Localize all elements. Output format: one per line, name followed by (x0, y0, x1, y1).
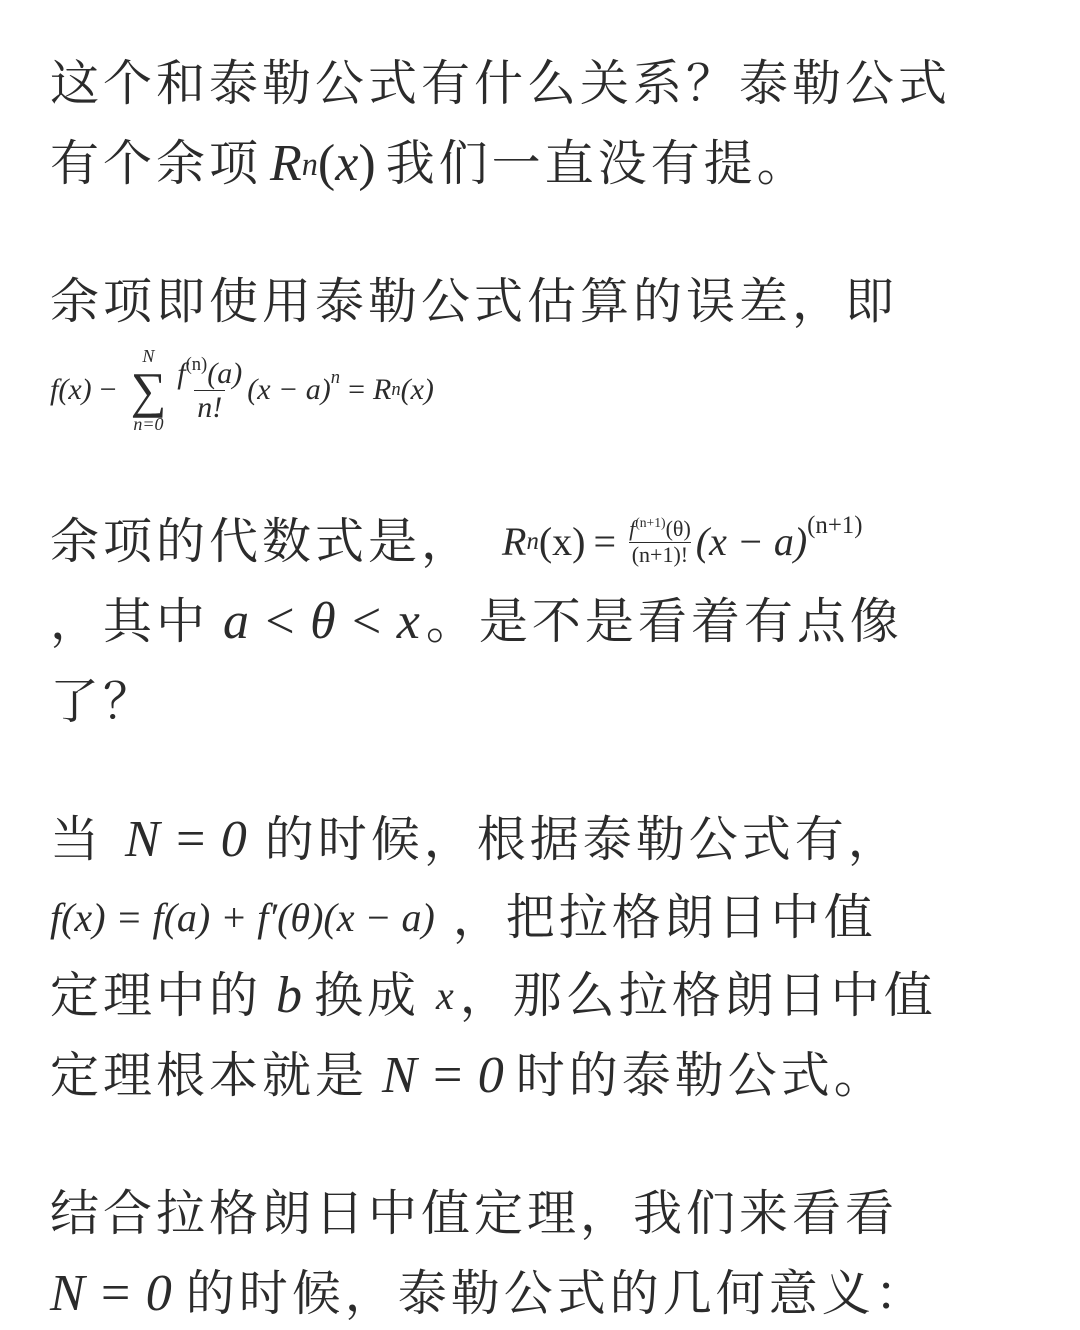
power-base: (x − a) (247, 373, 331, 407)
paragraph-1-line-2: 有个余项 Rn(x) 我们一直没有提。 (50, 134, 810, 194)
paragraph-4-line-2: f(x) = f(a) + f′(θ)(x − a) ，把拉格朗日中值 (50, 888, 877, 948)
formula-lhs: f(x) (50, 373, 92, 407)
paragraph-4-line-3: 定理中的 b 换成 x ，那么拉格朗日中值 (50, 966, 937, 1026)
text: 的时候，泰勒公式的几何意义： (186, 1264, 928, 1324)
text: 结合拉格朗日中值定理，我们来看看 (50, 1184, 898, 1244)
variable-x: x (436, 966, 454, 1026)
paragraph-5-line-1: 结合拉格朗日中值定理，我们来看看 (50, 1184, 898, 1244)
R-subscript: n (526, 512, 538, 572)
sigma-symbol: ∑ (131, 366, 167, 414)
remainder-term-inline: Rn(x) (270, 134, 376, 194)
f: f (177, 357, 185, 390)
summation: N ∑ n=0 (131, 346, 167, 434)
R-arg: (x) (539, 512, 586, 572)
power-base: (x − a) (696, 512, 807, 572)
paragraph-1-line-1: 这个和泰勒公式有什么关系？泰勒公式 (50, 54, 951, 114)
remainder-formula-inline: Rn(x) = f(n+1)(θ) (n+1)! (x − a)(n+1) (502, 512, 862, 572)
theta-arg: (θ) (666, 516, 691, 541)
variable-b: b (276, 966, 302, 1026)
text: 当 (50, 810, 103, 870)
inequality-inline: a < θ < x (223, 592, 420, 652)
fraction-numerator: f(n+1)(θ) (626, 517, 694, 541)
text: 时的泰勒公式。 (516, 1046, 887, 1106)
derivative-order: (n+1) (635, 515, 665, 530)
paragraph-4-line-4: 定理根本就是 N = 0 时的泰勒公式。 (50, 1046, 887, 1106)
n-equals-zero: N = 0 (50, 1264, 172, 1324)
sum-lower-limit: n=0 (133, 414, 163, 434)
text: 定理中的 (50, 966, 262, 1026)
text: 余项即使用泰勒公式估算的误差，即 (50, 272, 898, 332)
text: 了？ (50, 672, 156, 732)
text: ，把拉格朗日中值 (453, 888, 877, 948)
power-exponent: n (331, 367, 340, 389)
fraction: f(n)(a) n! (174, 357, 245, 424)
paragraph-4-line-1: 当 N = 0 的时候，根据泰勒公式有， (50, 810, 901, 870)
text: 的时候，根据泰勒公式有， (265, 810, 901, 870)
text: 换成 (314, 966, 420, 1026)
equals-sign: = (348, 373, 365, 407)
taylor-remainder-display-formula: f(x) − N ∑ n=0 f(n)(a) n! (x − a)n = Rn(… (50, 335, 434, 445)
n-equals-zero: N = 0 (125, 810, 247, 870)
text: 。是不是看着有点像 (426, 592, 903, 652)
minus-sign: − (100, 373, 117, 407)
rhs-subscript: n (391, 379, 400, 401)
mean-value-formula: f(x) = f(a) + f′(θ)(x − a) (50, 888, 435, 948)
fraction: f(n+1)(θ) (n+1)! (626, 517, 694, 566)
fraction-denominator: n! (194, 390, 225, 424)
n-equals-zero: N = 0 (382, 1046, 504, 1106)
paragraph-3-line-2: ，其中 a < θ < x 。是不是看着有点像 (50, 592, 903, 652)
text: 有个余项 (50, 134, 262, 194)
fraction-numerator: f(n)(a) (174, 357, 245, 390)
rhs-R: R (373, 373, 391, 407)
text: 定理根本就是 (50, 1046, 368, 1106)
equals-sign: = (594, 512, 617, 572)
power-exponent: (n+1) (807, 496, 862, 556)
rhs-arg: (x) (401, 373, 434, 407)
derivative-order: (n) (186, 354, 208, 375)
text: ，那么拉格朗日中值 (460, 966, 937, 1026)
text: ，其中 (50, 592, 209, 652)
fraction-denominator: (n+1)! (629, 542, 691, 567)
text: 我们一直没有提。 (386, 134, 810, 194)
paragraph-2-line-1: 余项即使用泰勒公式估算的误差，即 (50, 272, 898, 332)
R: R (502, 512, 526, 572)
paragraph-5-line-2: N = 0 的时候，泰勒公式的几何意义： (50, 1264, 928, 1324)
text: 这个和泰勒公式有什么关系？泰勒公式 (50, 54, 951, 114)
paragraph-3-line-1: 余项的代数式是， Rn(x) = f(n+1)(θ) (n+1)! (x − a… (50, 512, 862, 572)
text: 余项的代数式是， (50, 512, 474, 572)
paragraph-3-line-3: 了？ (50, 672, 156, 732)
arg: (a) (207, 357, 242, 390)
